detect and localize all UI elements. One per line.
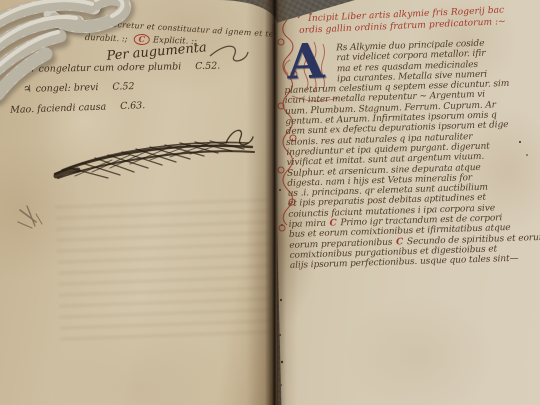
- twisted-cords: [0, 0, 144, 112]
- red-paraph-mark: C: [328, 218, 337, 228]
- red-paraph-mark: C: [395, 237, 404, 247]
- right-text-block: Rs Alkymie duo principale cosiderat vide…: [283, 37, 530, 271]
- pen-flourish: [210, 46, 248, 61]
- right-page: Incipit Liber artis alkymie fris Rogerij…: [272, 0, 540, 405]
- manuscript-photo: tur et secretur et constituatur ad ignem…: [0, 0, 540, 405]
- ink-smudges: [18, 206, 42, 228]
